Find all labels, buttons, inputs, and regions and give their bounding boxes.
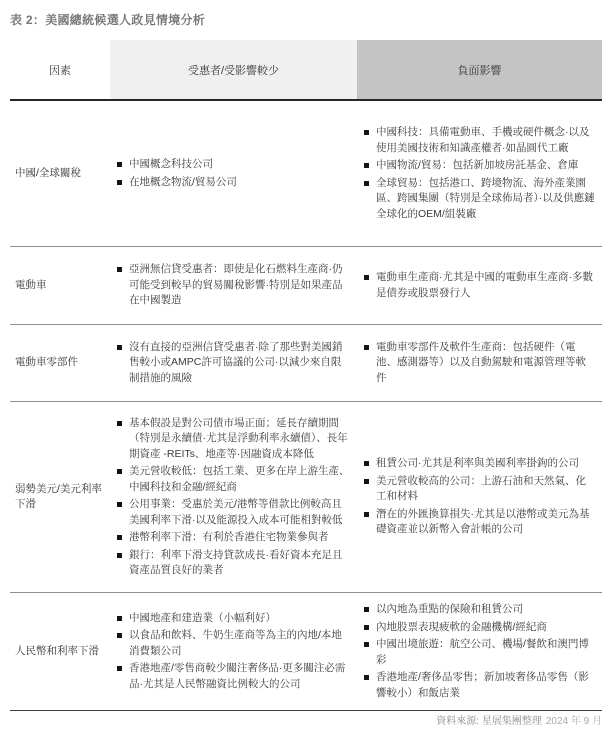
list-item-text: 美元營收較高的公司：上游石油和天然氣、化工和材料 <box>376 474 596 505</box>
list-item-text: 中國出境旅遊：航空公司、機場/餐飲和澳門博彩 <box>376 637 596 668</box>
bullet-square-icon <box>117 267 122 272</box>
bullet-square-icon <box>364 607 369 612</box>
list-item: 電動車生產商·尤其是中國的電動車生產商·多數是債券或股票發行人 <box>364 270 596 301</box>
list-item: 公用事業：受惠於美元/港幣等借款比例較高且美國利率下滑·以及能源投入成本可能相對… <box>117 497 351 528</box>
list-item-text: 中國地產和建造業（小幅利好） <box>129 611 276 627</box>
beneficiaries-cell: 基本假設是對公司債市場正面；延長存續期間（特別是永續債·尤其是浮動利率永續債）、… <box>110 402 357 592</box>
list-item-text: 香港地產/零售商較少關注奢侈品·更多關注必需品·尤其是人民幣融資比例較大的公司 <box>129 661 351 692</box>
header-negatives: 負面影響 <box>357 40 602 99</box>
bullet-square-icon <box>117 469 122 474</box>
list-item: 以內地為重點的保險和租賃公司 <box>364 602 596 618</box>
factor-cell: 電動車 <box>10 247 110 324</box>
list-item-text: 沒有直接的亞洲信貸受惠者·除了那些對美國銷售較小或AMPC許可協議的公司·以減少… <box>129 340 351 387</box>
negatives-cell: 以內地為重點的保險和租賃公司內地股票表現疲軟的金融機構/經紀商中國出境旅遊：航空… <box>357 593 602 710</box>
beneficiaries-list: 中國地產和建造業（小幅利好）以食品和飲料、牛奶生產商等為主的內地/本地消費類公司… <box>117 611 351 693</box>
list-item: 中國出境旅遊：航空公司、機場/餐飲和澳門博彩 <box>364 637 596 668</box>
bullet-square-icon <box>117 162 122 167</box>
list-item: 電動車零部件及軟件生產商：包括硬件（電池、感測器等）以及自動駕駛和電源管理等軟件 <box>364 340 596 387</box>
list-item: 潛在的外匯換算損失·尤其是以港幣或美元為基礎資產並以新幣入會計帳的公司 <box>364 507 596 538</box>
list-item: 中國地產和建造業（小幅利好） <box>117 611 351 627</box>
factor-label: 電動車 <box>15 278 47 293</box>
beneficiaries-list: 沒有直接的亞洲信貸受惠者·除了那些對美國銷售較小或AMPC許可協議的公司·以減少… <box>117 340 351 387</box>
list-item-text: 港幣利率下滑：有利於香港住宅物業參與者 <box>129 530 329 546</box>
list-item: 香港地產/零售商較少關注奢侈品·更多關注必需品·尤其是人民幣融資比例較大的公司 <box>117 661 351 692</box>
bullet-square-icon <box>364 181 369 186</box>
bullet-square-icon <box>364 642 369 647</box>
bullet-square-icon <box>364 163 369 168</box>
table-header-row: 因素 受惠者/受影響較少 負面影響 <box>10 40 602 101</box>
list-item-text: 亞洲無信貸受惠者：即使是化石燃料生產商·仍可能受到較早的貿易關稅影響·特別是如果… <box>129 262 351 309</box>
source-date: 2024 年 9 月 <box>546 716 602 727</box>
negatives-cell: 電動車零部件及軟件生產商：包括硬件（電池、感測器等）以及自動駕駛和電源管理等軟件 <box>357 325 602 401</box>
bullet-square-icon <box>364 345 369 350</box>
bullet-square-icon <box>364 461 369 466</box>
header-factor: 因素 <box>10 40 110 99</box>
negatives-cell: 電動車生產商·尤其是中國的電動車生產商·多數是債券或股票發行人 <box>357 247 602 324</box>
list-item: 內地股票表現疲軟的金融機構/經紀商 <box>364 620 596 636</box>
list-item-text: 中國科技：具備電動車、手機或硬件概念·以及使用美國技術和知識產權者·如晶圓代工廠 <box>376 125 596 156</box>
list-item-text: 公用事業：受惠於美元/港幣等借款比例較高且美國利率下滑·以及能源投入成本可能相對… <box>129 497 351 528</box>
table-row: 電動車 亞洲無信貸受惠者：即使是化石燃料生產商·仍可能受到較早的貿易關稅影響·特… <box>10 247 602 325</box>
list-item: 香港地產/奢侈品零售；新加坡奢侈品零售（影響較小）和飯店業 <box>364 670 596 701</box>
source-label: 資料來源: 星展集團整理 <box>436 716 542 727</box>
beneficiaries-list: 基本假設是對公司債市場正面；延長存續期間（特別是永續債·尤其是浮動利率永續債）、… <box>117 416 351 579</box>
bullet-square-icon <box>364 130 369 135</box>
list-item-text: 香港地產/奢侈品零售；新加坡奢侈品零售（影響較小）和飯店業 <box>376 670 596 701</box>
list-item: 以食品和飲料、牛奶生產商等為主的內地/本地消費類公司 <box>117 628 351 659</box>
beneficiaries-list: 亞洲無信貸受惠者：即使是化石燃料生產商·仍可能受到較早的貿易關稅影響·特別是如果… <box>117 262 351 309</box>
list-item-text: 租賃公司·尤其是利率與美國利率掛鉤的公司 <box>376 456 579 472</box>
list-item-text: 電動車生產商·尤其是中國的電動車生產商·多數是債券或股票發行人 <box>376 270 596 301</box>
list-item: 美元營收較高的公司：上游石油和天然氣、化工和材料 <box>364 474 596 505</box>
beneficiaries-cell: 中國地產和建造業（小幅利好）以食品和飲料、牛奶生產商等為主的內地/本地消費類公司… <box>110 593 357 710</box>
bullet-square-icon <box>117 666 122 671</box>
header-beneficiaries: 受惠者/受影響較少 <box>110 40 357 99</box>
bullet-square-icon <box>117 345 122 350</box>
negatives-list: 電動車零部件及軟件生產商：包括硬件（電池、感測器等）以及自動駕駛和電源管理等軟件 <box>364 340 596 387</box>
list-item-text: 以內地為重點的保險和租賃公司 <box>376 602 523 618</box>
list-item-text: 銀行：利率下滑支持貸款成長·看好資本充足且資產品質良好的業者 <box>129 548 351 579</box>
list-item-text: 基本假設是對公司債市場正面；延長存續期間（特別是永續債·尤其是浮動利率永續債）、… <box>129 416 351 463</box>
list-item: 中國科技：具備電動車、手機或硬件概念·以及使用美國技術和知識產權者·如晶圓代工廠 <box>364 125 596 156</box>
negatives-list: 電動車生產商·尤其是中國的電動車生產商·多數是債券或股票發行人 <box>364 270 596 301</box>
bullet-square-icon <box>117 553 122 558</box>
negatives-list: 租賃公司·尤其是利率與美國利率掛鉤的公司美元營收較高的公司：上游石油和天然氣、化… <box>364 456 596 538</box>
negatives-cell: 租賃公司·尤其是利率與美國利率掛鉤的公司美元營收較高的公司：上游石油和天然氣、化… <box>357 402 602 592</box>
bullet-square-icon <box>117 616 122 621</box>
list-item-text: 以食品和飲料、牛奶生產商等為主的內地/本地消費類公司 <box>129 628 351 659</box>
source-note: 資料來源: 星展集團整理2024 年 9 月 <box>436 712 602 727</box>
bullet-square-icon <box>117 421 122 426</box>
table-row: 人民幣和利率下滑 中國地產和建造業（小幅利好）以食品和飲料、牛奶生產商等為主的內… <box>10 593 602 711</box>
bullet-square-icon <box>364 275 369 280</box>
bullet-square-icon <box>117 180 122 185</box>
negatives-list: 以內地為重點的保險和租賃公司內地股票表現疲軟的金融機構/經紀商中國出境旅遊：航空… <box>364 602 596 701</box>
table-row: 電動車零部件 沒有直接的亞洲信貸受惠者·除了那些對美國銷售較小或AMPC許可協議… <box>10 325 602 402</box>
list-item-text: 中國物流/貿易：包括新加坡房託基金、倉庫 <box>376 158 578 174</box>
page-title: 表 2：美國總統候選人政見情境分析 <box>10 11 205 28</box>
list-item: 租賃公司·尤其是利率與美國利率掛鉤的公司 <box>364 456 596 472</box>
list-item: 沒有直接的亞洲信貸受惠者·除了那些對美國銷售較小或AMPC許可協議的公司·以減少… <box>117 340 351 387</box>
beneficiaries-cell: 亞洲無信貸受惠者：即使是化石燃料生產商·仍可能受到較早的貿易關稅影響·特別是如果… <box>110 247 357 324</box>
list-item: 亞洲無信貸受惠者：即使是化石燃料生產商·仍可能受到較早的貿易關稅影響·特別是如果… <box>117 262 351 309</box>
negatives-cell: 中國科技：具備電動車、手機或硬件概念·以及使用美國技術和知識產權者·如晶圓代工廠… <box>357 101 602 246</box>
list-item: 在地概念物流/貿易公司 <box>117 175 351 191</box>
table-row: 中國/全球關稅 中國概念科技公司在地概念物流/貿易公司 中國科技：具備電動車、手… <box>10 101 602 247</box>
bullet-square-icon <box>364 625 369 630</box>
bullet-square-icon <box>117 502 122 507</box>
scenario-table: 因素 受惠者/受影響較少 負面影響 中國/全球關稅 中國概念科技公司在地概念物流… <box>10 40 602 711</box>
list-item-text: 電動車零部件及軟件生產商：包括硬件（電池、感測器等）以及自動駕駛和電源管理等軟件 <box>376 340 596 387</box>
list-item: 港幣利率下滑：有利於香港住宅物業參與者 <box>117 530 351 546</box>
factor-cell: 人民幣和利率下滑 <box>10 593 110 710</box>
bullet-square-icon <box>364 512 369 517</box>
factor-cell: 弱勢美元/美元利率下滑 <box>10 402 110 592</box>
list-item-text: 潛在的外匯換算損失·尤其是以港幣或美元為基礎資產並以新幣入會計帳的公司 <box>376 507 596 538</box>
factor-label: 中國/全球關稅 <box>15 166 81 181</box>
list-item-text: 中國概念科技公司 <box>129 157 213 173</box>
factor-label: 人民幣和利率下滑 <box>15 644 99 659</box>
list-item-text: 美元營收較低：包括工業、更多在岸上游生產、中國科技和金融/經紀商 <box>129 464 351 495</box>
beneficiaries-cell: 沒有直接的亞洲信貸受惠者·除了那些對美國銷售較小或AMPC許可協議的公司·以減少… <box>110 325 357 401</box>
list-item: 銀行：利率下滑支持貸款成長·看好資本充足且資產品質良好的業者 <box>117 548 351 579</box>
factor-cell: 電動車零部件 <box>10 325 110 401</box>
list-item-text: 全球貿易：包括港口、跨境物流、海外產業園區、跨國集團（特別是全球佈局者）·以及供… <box>376 176 596 223</box>
list-item-text: 內地股票表現疲軟的金融機構/經紀商 <box>376 620 547 636</box>
list-item: 美元營收較低：包括工業、更多在岸上游生產、中國科技和金融/經紀商 <box>117 464 351 495</box>
bullet-square-icon <box>364 675 369 680</box>
negatives-list: 中國科技：具備電動車、手機或硬件概念·以及使用美國技術和知識產權者·如晶圓代工廠… <box>364 125 596 222</box>
factor-label: 電動車零部件 <box>15 355 78 370</box>
list-item: 中國概念科技公司 <box>117 157 351 173</box>
list-item: 全球貿易：包括港口、跨境物流、海外產業園區、跨國集團（特別是全球佈局者）·以及供… <box>364 176 596 223</box>
table-row: 弱勢美元/美元利率下滑 基本假設是對公司債市場正面；延長存續期間（特別是永續債·… <box>10 402 602 593</box>
bullet-square-icon <box>117 633 122 638</box>
beneficiaries-cell: 中國概念科技公司在地概念物流/貿易公司 <box>110 101 357 246</box>
factor-cell: 中國/全球關稅 <box>10 101 110 246</box>
bullet-square-icon <box>117 535 122 540</box>
list-item: 中國物流/貿易：包括新加坡房託基金、倉庫 <box>364 158 596 174</box>
list-item: 基本假設是對公司債市場正面；延長存續期間（特別是永續債·尤其是浮動利率永續債）、… <box>117 416 351 463</box>
beneficiaries-list: 中國概念科技公司在地概念物流/貿易公司 <box>117 157 351 190</box>
bullet-square-icon <box>364 479 369 484</box>
list-item-text: 在地概念物流/貿易公司 <box>129 175 237 191</box>
factor-label: 弱勢美元/美元利率下滑 <box>15 482 106 512</box>
